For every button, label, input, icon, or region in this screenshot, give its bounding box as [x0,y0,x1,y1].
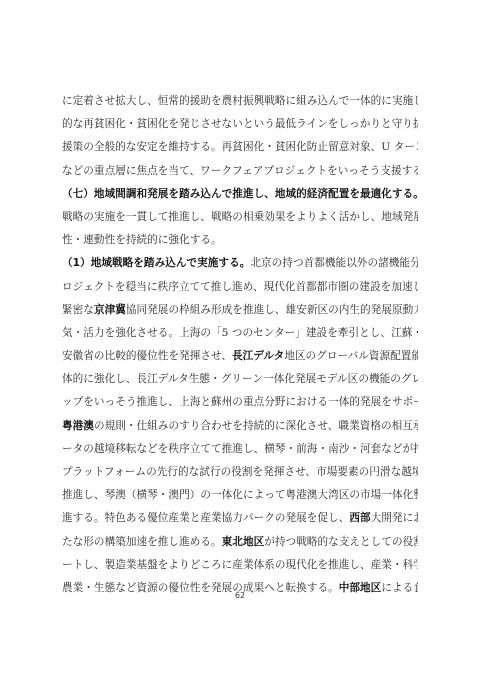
text-line: 体的に強化し、長江デルタ生態・グリーン一体化発展モデル区の機能のグレードア [62,368,418,391]
text-line: に定着させ拡大し、恒常的援助を農村振興戦略に組み込んで一体的に実施し、集団 [62,90,418,113]
text-segment: 協同発展の枠組み形成を推進し、雄安新区の内生的発展原動力と人 [126,304,418,316]
text-segment: などの重点層に焦点を当て、ワークフェアプロジェクトをいっそう支援する。 [62,165,418,177]
bold-text-segment: （七）地域間調和発展を踏み込んで推進し、地域的経済配置を最適化する。 [62,188,418,200]
text-line: ロジェクトを穏当に秩序立てて推し進め、現代化首都都市圏の建設を加速し、より [62,276,418,299]
text-line: 進する。特色ある優位産業と産業協力パークの発展を促し、西部大開発における新 [62,507,418,530]
text-line: 安徽省の比較的優位性を発揮させ、長江デルタ地区のグローバル資源配置能力を一 [62,345,418,368]
text-segment: 地区のグローバル資源配置能力を一 [284,350,418,362]
text-segment: ートし、製造業基盤をよりどころに産業体系の現代化を推進し、産業・科学教育・ [62,559,418,571]
text-segment: ップをいっそう推進し、上海と蘇州の重点分野における一体的発展をサポートする。 [62,396,418,408]
bold-text-segment: 長江デルタ [232,350,284,362]
text-segment: 安徽省の比較的優位性を発揮させ、 [62,350,232,362]
text-segment: プラットフォームの先行的な試行の役割を発揮させ、市場要素の円滑な越境移転を [62,466,418,478]
text-line: プラットフォームの先行的な試行の役割を発揮させ、市場要素の円滑な越境移転を [62,461,418,484]
bold-text-segment: 西部 [349,512,370,524]
text-segment: 体的に強化し、長江デルタ生態・グリーン一体化発展モデル区の機能のグレードア [62,373,418,385]
text-segment: の規則・仕組みのすり合わせを持続的に深化させ、職業資格の相互承認やデ [94,420,418,432]
page-number: 62 [0,591,480,600]
bold-text-segment: 京津冀 [94,304,126,316]
text-segment: に定着させ拡大し、恒常的援助を農村振興戦略に組み込んで一体的に実施し、集団 [62,95,418,107]
body-text: に定着させ拡大し、恒常的援助を農村振興戦略に組み込んで一体的に実施し、集団的な再… [62,90,422,600]
text-line: （七）地域間調和発展を踏み込んで推進し、地域的経済配置を最適化する。地域 [62,183,418,206]
text-segment: たな形の構築加速を推し進める。 [62,536,222,548]
bold-text-segment: 粤港澳 [62,420,94,432]
text-line: 戦略の実施を一貫して推進し、戦略の相乗効果をよりよく活かし、地域発展の調和 [62,206,418,229]
text-line: 推進し、琴澳（横琴・澳門）の一体化によって粤港澳大湾区の市場一体化整備を推 [62,484,418,507]
text-segment: 推進し、琴澳（横琴・澳門）の一体化によって粤港澳大湾区の市場一体化整備を推 [62,489,418,501]
text-segment: 的な再貧困化・貧困化を発じさせないという最低ラインをしっかりと守り抜く。支 [62,118,418,130]
text-segment: 大開発における新 [371,512,418,524]
text-segment: ロジェクトを穏当に秩序立てて推し進め、現代化首都都市圏の建設を加速し、より [62,281,418,293]
text-segment: 援策の全般的な安定を維持する。再貧困化・貧困化防止留意対象、U ターン農民工 [62,141,418,153]
text-line: 緊密な京津冀協同発展の枠組み形成を推進し、雄安新区の内生的発展原動力と人 [62,299,418,322]
text-line: （1）地域戦略を踏み込んで実施する。北京の持つ首都機能以外の諸機能分散プ [62,252,418,275]
text-line: ップをいっそう推進し、上海と蘇州の重点分野における一体的発展をサポートする。 [62,391,418,414]
text-line: 援策の全般的な安定を維持する。再貧困化・貧困化防止留意対象、U ターン農民工 [62,136,418,159]
text-segment: 性・連動性を持続的に強化する。 [62,234,222,246]
bold-text-segment: 東北地区 [222,536,265,548]
text-line: 性・連動性を持続的に強化する。 [62,229,418,252]
text-line: などの重点層に焦点を当て、ワークフェアプロジェクトをいっそう支援する。 [62,160,418,183]
text-segment: が持つ戦略的な支えとしての役割をサポ [264,536,418,548]
text-segment: 北京の持つ首都機能以外の諸機能分散プ [250,257,418,269]
text-line: ータの越境移転などを秩序立てて推進し、横琴・前海・南沙・河套などが持つ協力 [62,438,418,461]
text-segment: 緊密な [62,304,94,316]
text-line: 粤港澳の規則・仕組みのすり合わせを持続的に深化させ、職業資格の相互承認やデ [62,415,418,438]
document-page: に定着させ拡大し、恒常的援助を農村振興戦略に組み込んで一体的に実施し、集団的な再… [0,0,480,679]
text-segment: 進する。特色ある優位産業と産業協力パークの発展を促し、 [62,512,349,524]
text-segment: 戦略の実施を一貫して推進し、戦略の相乗効果をよりよく活かし、地域発展の調和 [62,211,418,223]
text-line: たな形の構築加速を推し進める。東北地区が持つ戦略的な支えとしての役割をサポ [62,531,418,554]
text-segment: ータの越境移転などを秩序立てて推進し、横琴・前海・南沙・河套などが持つ協力 [62,443,418,455]
bold-text-segment: （1）地域戦略を踏み込んで実施する。 [62,257,250,269]
text-line: 気・活力を強化させる。上海の「5 つのセンター」建設を牽引とし、江蘇・浙江・ [62,322,418,345]
text-segment: 気・活力を強化させる。上海の「5 つのセンター」建設を牽引とし、江蘇・浙江・ [62,327,418,339]
text-line: ートし、製造業基盤をよりどころに産業体系の現代化を推進し、産業・科学教育・ [62,554,418,577]
text-line: 的な再貧困化・貧困化を発じさせないという最低ラインをしっかりと守り抜く。支 [62,113,418,136]
